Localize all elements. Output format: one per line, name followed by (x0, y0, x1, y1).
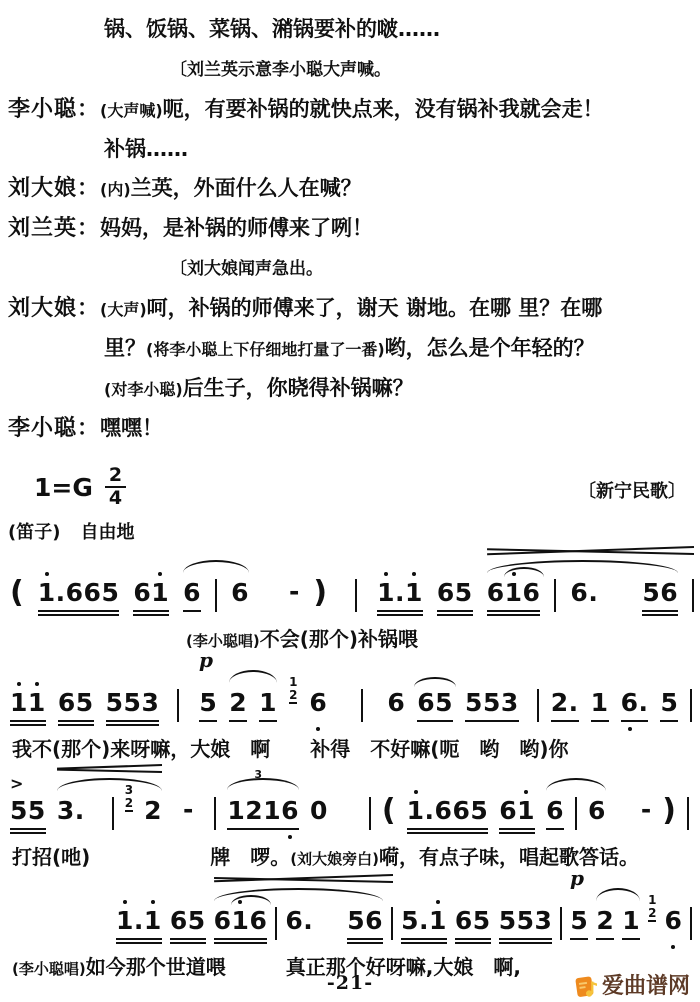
script-line: 刘大娘：(大声)呵，补锅的师傅来了，谢天 谢地。在哪 里？在哪 (8, 289, 696, 329)
note-cluster: 1.665 (407, 796, 489, 834)
text-segment: 刘兰英： (8, 216, 100, 241)
notation-row: 1.1656166.565.165553521126 (116, 906, 696, 952)
note-cluster: 6. (621, 688, 649, 722)
note-digit: 1 (377, 578, 395, 608)
note-digit: 5 (76, 688, 94, 718)
note-cluster: 553 (465, 688, 519, 722)
beam-underline (227, 828, 299, 830)
beam-underline (58, 724, 94, 726)
beam-underline (170, 938, 206, 940)
music-sheet-icon (573, 974, 599, 1000)
note-cluster: 2 (596, 906, 614, 940)
duration-dash: - (183, 796, 193, 824)
beam-underline (38, 614, 120, 616)
beam-underline (465, 720, 519, 722)
note-cluster: 1.1 (377, 578, 423, 616)
note-digit: 6 (285, 906, 303, 936)
beam-underline (377, 614, 423, 616)
barline (692, 579, 694, 612)
beam-underline (259, 720, 277, 722)
slur-arc-small (414, 677, 456, 687)
note-digit: 5 (435, 688, 453, 718)
note-digit: 2 (551, 688, 569, 718)
note-digit: 6 (621, 688, 639, 718)
note-digit: 5 (188, 906, 206, 936)
time-signature: 2 4 (105, 465, 126, 508)
decor-p: p (199, 650, 213, 670)
note-cluster: 65 (437, 578, 473, 616)
note-cluster: 1 (259, 688, 277, 722)
beam-underline (38, 610, 120, 612)
note-digit: 1 (407, 796, 425, 826)
beam-underline (10, 828, 46, 830)
note-digit: 6 (452, 796, 470, 826)
key-label: 1=G (34, 473, 93, 502)
note-digit: 6 (435, 796, 453, 826)
note-digit: . (638, 688, 648, 718)
note-cluster: 1216 (227, 796, 299, 830)
lyrics-line: 我不(那个)来呀嘛，大娘 啊 补得 不好嘛(呃 哟 哟)你 (10, 736, 696, 762)
beam-underline (106, 720, 160, 722)
note-cluster: 1.665 (38, 578, 120, 616)
beam-underline (407, 828, 489, 830)
note-cluster: 616 (487, 578, 541, 616)
music-line: (1.6656166-)1.1656166.56(李小聪唱)不会(那个)补锅喂 (10, 546, 696, 654)
note-cluster: 2 (229, 688, 247, 722)
watermark-text: 爱曲谱网 (602, 976, 690, 998)
grace-notes: 12 (648, 894, 656, 922)
key-signature: 1=G 2 4 (34, 465, 126, 508)
decor-cresc (57, 764, 162, 777)
text-segment: 刘大娘： (8, 296, 100, 321)
note-cluster: 1 (591, 688, 609, 722)
barline (575, 797, 577, 830)
text-segment: 李小聪： (8, 97, 100, 122)
decor-slur (183, 560, 249, 573)
note-digit: . (395, 578, 405, 608)
note-digit: 1 (517, 796, 535, 826)
beam-underline (570, 938, 588, 940)
beam-underline (437, 610, 473, 612)
text-segment: (李小聪唱) (186, 632, 260, 650)
watermark: 爱曲谱网 (573, 974, 690, 1000)
decor-accent: > (10, 776, 23, 792)
note-cluster: 5 (660, 688, 678, 722)
note-digit: 6 (133, 578, 151, 608)
beam-underline (417, 720, 453, 722)
note-cluster: 553 (106, 688, 160, 726)
note-cluster: 5 (199, 688, 217, 722)
meter-top: 2 (105, 465, 126, 488)
decor-slur (57, 778, 162, 791)
beam-underline (229, 720, 247, 722)
barline (690, 907, 692, 940)
text-segment: 兰英，外面什么人在喊？ (131, 176, 362, 200)
note-cluster: 3. (57, 796, 85, 826)
note-digit: 1 (263, 796, 281, 826)
note-digit: . (75, 796, 85, 826)
barline (215, 579, 217, 612)
note-digit: 6 (417, 688, 435, 718)
lyrics-line: 打招(吔) 牌 啰。(刘大娘旁白)嗬，有点子味，唱起歌答话。 (10, 844, 696, 872)
note-digit: 6 (570, 578, 588, 608)
beam-underline (642, 610, 678, 612)
note-digit: 1 (259, 688, 277, 718)
barline (177, 689, 179, 722)
script-line: 李小聪：(大声喊)呃，有要补锅的就快点来，没有锅补我就会走！ (8, 90, 696, 130)
tempo-line: (笛子)自由地 (0, 510, 700, 544)
text-segment: (对李小聪) (104, 380, 183, 399)
barline (690, 689, 692, 722)
text-segment: 刘大娘： (8, 176, 100, 201)
text-segment: 嘿嘿！ (100, 416, 163, 440)
note-digit: 1 (505, 578, 523, 608)
note-digit: 3 (57, 796, 75, 826)
note-digit: 1 (116, 906, 134, 936)
note-cluster: 6 (309, 688, 327, 718)
notation-row: 553.322-12160(1.6656166-) (10, 796, 696, 842)
note-digit: 1 (28, 688, 46, 718)
note-cluster: 0 (310, 796, 328, 826)
note-digit: 6 (487, 578, 505, 608)
note-digit: 1 (591, 688, 609, 718)
decor-slur3: 3 (227, 778, 299, 790)
note-digit: 1 (405, 578, 423, 608)
note-cluster: 5 (570, 906, 588, 940)
note-digit: 2 (596, 906, 614, 936)
beam-underline (499, 942, 553, 944)
beam-underline (401, 942, 447, 944)
note-digit: 5 (465, 688, 483, 718)
beam-underline (347, 942, 383, 944)
note-cluster: 6. (285, 906, 313, 936)
beam-underline (133, 610, 169, 612)
beam-underline (591, 720, 609, 722)
note-digit: 5 (642, 578, 660, 608)
beam-underline (133, 614, 169, 616)
note-cluster: 6 (664, 906, 682, 936)
script-line: 〔刘大娘闻声急出。 (8, 248, 696, 289)
note-digit: 6 (183, 578, 201, 608)
note-digit: 5 (124, 688, 142, 718)
text-segment: (大声喊) (100, 101, 163, 120)
beam-underline (487, 614, 541, 616)
script-line: 刘兰英：妈妈，是补锅的师傅来了咧！ (8, 209, 696, 248)
note-digit: 6 (664, 906, 682, 936)
note-digit: 1 (232, 906, 250, 936)
text-segment: 〔刘大娘闻声急出。 (170, 259, 323, 279)
script-line: 锅、饭锅、菜锅、潲锅要补的啵…… (8, 10, 696, 49)
barline (537, 689, 539, 722)
note-cluster: 6. (570, 578, 598, 608)
text-segment: 李小聪： (8, 416, 100, 441)
note-digit: 3 (141, 688, 159, 718)
tempo-label: 自由地 (80, 522, 134, 543)
instrument-label: (笛子) (8, 522, 60, 543)
beam-underline (551, 720, 579, 722)
note-cluster: 56 (347, 906, 383, 944)
note-digit: 6 (455, 906, 473, 936)
decor-slur (229, 670, 277, 683)
barline (355, 579, 357, 612)
note-digit: 1 (10, 688, 28, 718)
note-digit: 5 (347, 906, 365, 936)
grace-notes: 12 (289, 676, 297, 704)
beam-underline (499, 832, 535, 834)
beam-underline (58, 720, 94, 722)
text-segment: 嗬，有点子味，唱起歌答话。 (379, 845, 639, 869)
beam-underline (116, 938, 162, 940)
text-segment: 呃，有要补锅的就快点来，没有锅补我就会走！ (163, 97, 604, 121)
beam-underline (170, 942, 206, 944)
note-digit: 5 (470, 796, 488, 826)
barline (275, 907, 277, 940)
note-digit: 6 (214, 906, 232, 936)
decor-cresc (487, 546, 694, 559)
music-line: 11655535211266655532.16.5我不(那个)来呀嘛，大娘 啊 … (10, 656, 696, 762)
beam-underline (622, 938, 640, 940)
grace-digit: 2 (648, 907, 656, 922)
note-digit: 5 (199, 688, 217, 718)
note-cluster: 6 (588, 796, 606, 826)
note-cluster: 56 (642, 578, 678, 616)
decor-slur (546, 778, 606, 791)
grace-digit: 2 (289, 689, 297, 704)
note-digit: 2 (229, 688, 247, 718)
text-segment: 呵，补锅的师傅来了，谢天 谢地。在哪 里？在哪 (147, 296, 603, 320)
text-segment: 补锅…… (104, 137, 188, 161)
tuplet-number: 3 (254, 768, 262, 781)
beam-underline (10, 720, 46, 722)
barline (391, 907, 393, 940)
note-cluster: 65 (58, 688, 94, 726)
text-segment: 里？ (104, 336, 146, 360)
barline (369, 797, 371, 830)
barline (560, 907, 562, 940)
note-digit: 6 (437, 578, 455, 608)
note-digit: 6 (58, 688, 76, 718)
phrase-paren: ) (662, 796, 676, 826)
note-digit: 6 (281, 796, 299, 826)
beam-underline (183, 610, 201, 612)
note-cluster: 65 (455, 906, 491, 944)
beam-underline (347, 938, 383, 940)
note-digit: 5 (483, 688, 501, 718)
score-lines: (1.6656166-)1.1656166.56(李小聪唱)不会(那个)补锅喂1… (0, 544, 700, 982)
meter-bottom: 4 (109, 488, 122, 509)
text-segment: (刘大娘旁白) (290, 850, 379, 868)
note-digit: 5 (10, 796, 28, 826)
note-cluster: 553 (499, 906, 553, 944)
note-cluster: 6 (231, 578, 249, 608)
note-digit: . (569, 688, 579, 718)
barline (687, 797, 689, 830)
beam-underline (106, 724, 160, 726)
note-digit: 6 (231, 578, 249, 608)
note-digit: 6 (365, 906, 383, 936)
script-line: 补锅…… (8, 130, 696, 169)
duration-dash: - (641, 796, 651, 824)
note-digit: 2 (144, 796, 162, 826)
note-digit: 5 (660, 688, 678, 718)
note-digit: 6 (546, 796, 564, 826)
note-digit: 5 (517, 906, 535, 936)
decor-p: p (570, 868, 584, 888)
text-segment: 我不(那个)来呀嘛，大娘 啊 补得 不好嘛(呃 哟 哟)你 (12, 737, 569, 761)
note-digit: 5 (401, 906, 419, 936)
text-segment: (大声) (100, 300, 147, 319)
beam-underline (214, 942, 268, 944)
note-digit: 6 (66, 578, 84, 608)
beam-underline (499, 938, 553, 940)
beam-underline (642, 614, 678, 616)
duration-dash: - (289, 578, 299, 606)
barline (112, 797, 114, 830)
note-digit: . (134, 906, 144, 936)
note-digit: 1 (227, 796, 245, 826)
note-digit: 5 (101, 578, 119, 608)
text-segment: 后生子，你晓得补锅嘛？ (183, 376, 414, 400)
note-digit: . (303, 906, 313, 936)
text-segment: 不会(那个)补锅喂 (260, 627, 418, 651)
decor-slur (487, 560, 678, 573)
note-cluster: 2 (144, 796, 162, 826)
barline (361, 689, 363, 722)
text-segment: 打招(吔) 牌 啰。 (12, 845, 290, 869)
note-digit: 3 (535, 906, 553, 936)
note-cluster: 1.1 (116, 906, 162, 944)
decor-cresc (214, 874, 393, 887)
text-segment: 妈妈，是补锅的师傅来了咧！ (100, 216, 373, 240)
note-digit: 1 (151, 578, 169, 608)
beam-underline (437, 614, 473, 616)
script-line: 李小聪：嘿嘿！ (8, 409, 696, 448)
note-digit: 5 (499, 906, 517, 936)
note-digit: 5 (106, 688, 124, 718)
beam-underline (660, 720, 678, 722)
note-cluster: 65 (417, 688, 453, 722)
note-digit: 6 (170, 906, 188, 936)
note-cluster: 6 (546, 796, 564, 830)
decor-slur (596, 888, 640, 901)
note-digit: 5 (455, 578, 473, 608)
note-digit: 2 (245, 796, 263, 826)
note-cluster: 5.1 (401, 906, 447, 944)
note-digit: 1 (429, 906, 447, 936)
note-digit: 6 (523, 578, 541, 608)
note-digit: 6 (309, 688, 327, 718)
script-block: 锅、饭锅、菜锅、潲锅要补的啵……〔刘兰英示意李小聪大声喊。李小聪：(大声喊)呃，… (0, 0, 700, 448)
note-cluster: 2. (551, 688, 579, 722)
grace-digit: 2 (125, 797, 133, 812)
note-digit: 6 (387, 688, 405, 718)
beam-underline (10, 832, 46, 834)
beam-underline (487, 610, 541, 612)
lyrics-line: (李小聪唱)不会(那个)补锅喂 (10, 626, 696, 654)
text-segment: 锅、饭锅、菜锅、潲锅要补的啵…… (104, 17, 440, 41)
music-line: 553.322-12160(1.6656166-)打招(吔) 牌 啰。(刘大娘旁… (10, 764, 696, 872)
beam-underline (214, 938, 268, 940)
text-segment: (将李小聪上下仔细地打量了一番) (146, 340, 385, 359)
score-header: 1=G 2 4 〔新宁民歌〕 (0, 448, 700, 510)
script-line: 里？(将李小聪上下仔细地打量了一番)哟，怎么是个年轻的？ (8, 329, 696, 369)
note-digit: . (588, 578, 598, 608)
note-cluster: 65 (170, 906, 206, 944)
note-digit: 1 (38, 578, 56, 608)
phrase-paren: ( (382, 796, 396, 826)
note-digit: . (419, 906, 429, 936)
note-digit: 6 (249, 906, 267, 936)
note-cluster: 11 (10, 688, 46, 726)
note-digit: 6 (588, 796, 606, 826)
note-cluster: 616 (214, 906, 268, 944)
phrase-paren: ) (313, 578, 327, 608)
note-digit: 3 (501, 688, 519, 718)
note-cluster: 61 (499, 796, 535, 834)
notation-row: 11655535211266655532.16.5 (10, 688, 696, 734)
beam-underline (596, 938, 614, 940)
note-cluster: 55 (10, 796, 46, 834)
beam-underline (455, 942, 491, 944)
note-digit: . (425, 796, 435, 826)
notation-row: (1.6656166-)1.1656166.56 (10, 578, 696, 624)
text-segment: (内) (100, 180, 131, 199)
beam-underline (621, 720, 649, 722)
grace-digit: 1 (289, 676, 297, 688)
sheet-music-page: 锅、饭锅、菜锅、潲锅要补的啵……〔刘兰英示意李小聪大声喊。李小聪：(大声喊)呃，… (0, 0, 700, 1002)
note-cluster: 61 (133, 578, 169, 616)
beam-underline (455, 938, 491, 940)
text-segment: 哟，怎么是个年轻的？ (385, 336, 595, 360)
note-digit: 6 (660, 578, 678, 608)
note-digit: 0 (310, 796, 328, 826)
beam-underline (499, 828, 535, 830)
barline (214, 797, 216, 830)
note-digit: 5 (473, 906, 491, 936)
beam-underline (546, 828, 564, 830)
note-digit: 1 (144, 906, 162, 936)
script-line: 〔刘兰英示意李小聪大声喊。 (8, 49, 696, 90)
grace-digit: 1 (648, 894, 656, 906)
note-digit: 1 (622, 906, 640, 936)
note-digit: 5 (570, 906, 588, 936)
text-segment: 〔刘兰英示意李小聪大声喊。 (170, 60, 391, 80)
note-digit: . (56, 578, 66, 608)
beam-underline (407, 832, 489, 834)
beam-underline (401, 938, 447, 940)
note-cluster: 1 (622, 906, 640, 940)
song-source: 〔新宁民歌〕 (578, 477, 686, 503)
decor-slur (214, 888, 383, 901)
note-cluster: 6 (387, 688, 405, 718)
note-digit: 6 (499, 796, 517, 826)
barline (554, 579, 556, 612)
beam-underline (10, 724, 46, 726)
script-line: 刘大娘：(内)兰英，外面什么人在喊？ (8, 169, 696, 209)
note-digit: 6 (84, 578, 102, 608)
script-line: (对李小聪)后生子，你晓得补锅嘛？ (8, 369, 696, 409)
beam-underline (377, 610, 423, 612)
phrase-paren: ( (10, 578, 24, 608)
beam-underline (199, 720, 217, 722)
beam-underline (116, 942, 162, 944)
music-line: 1.1656166.565.165553521126(李小聪唱)如今那个世道喂 … (10, 874, 696, 982)
note-digit: 5 (28, 796, 46, 826)
note-cluster: 6 (183, 578, 201, 612)
